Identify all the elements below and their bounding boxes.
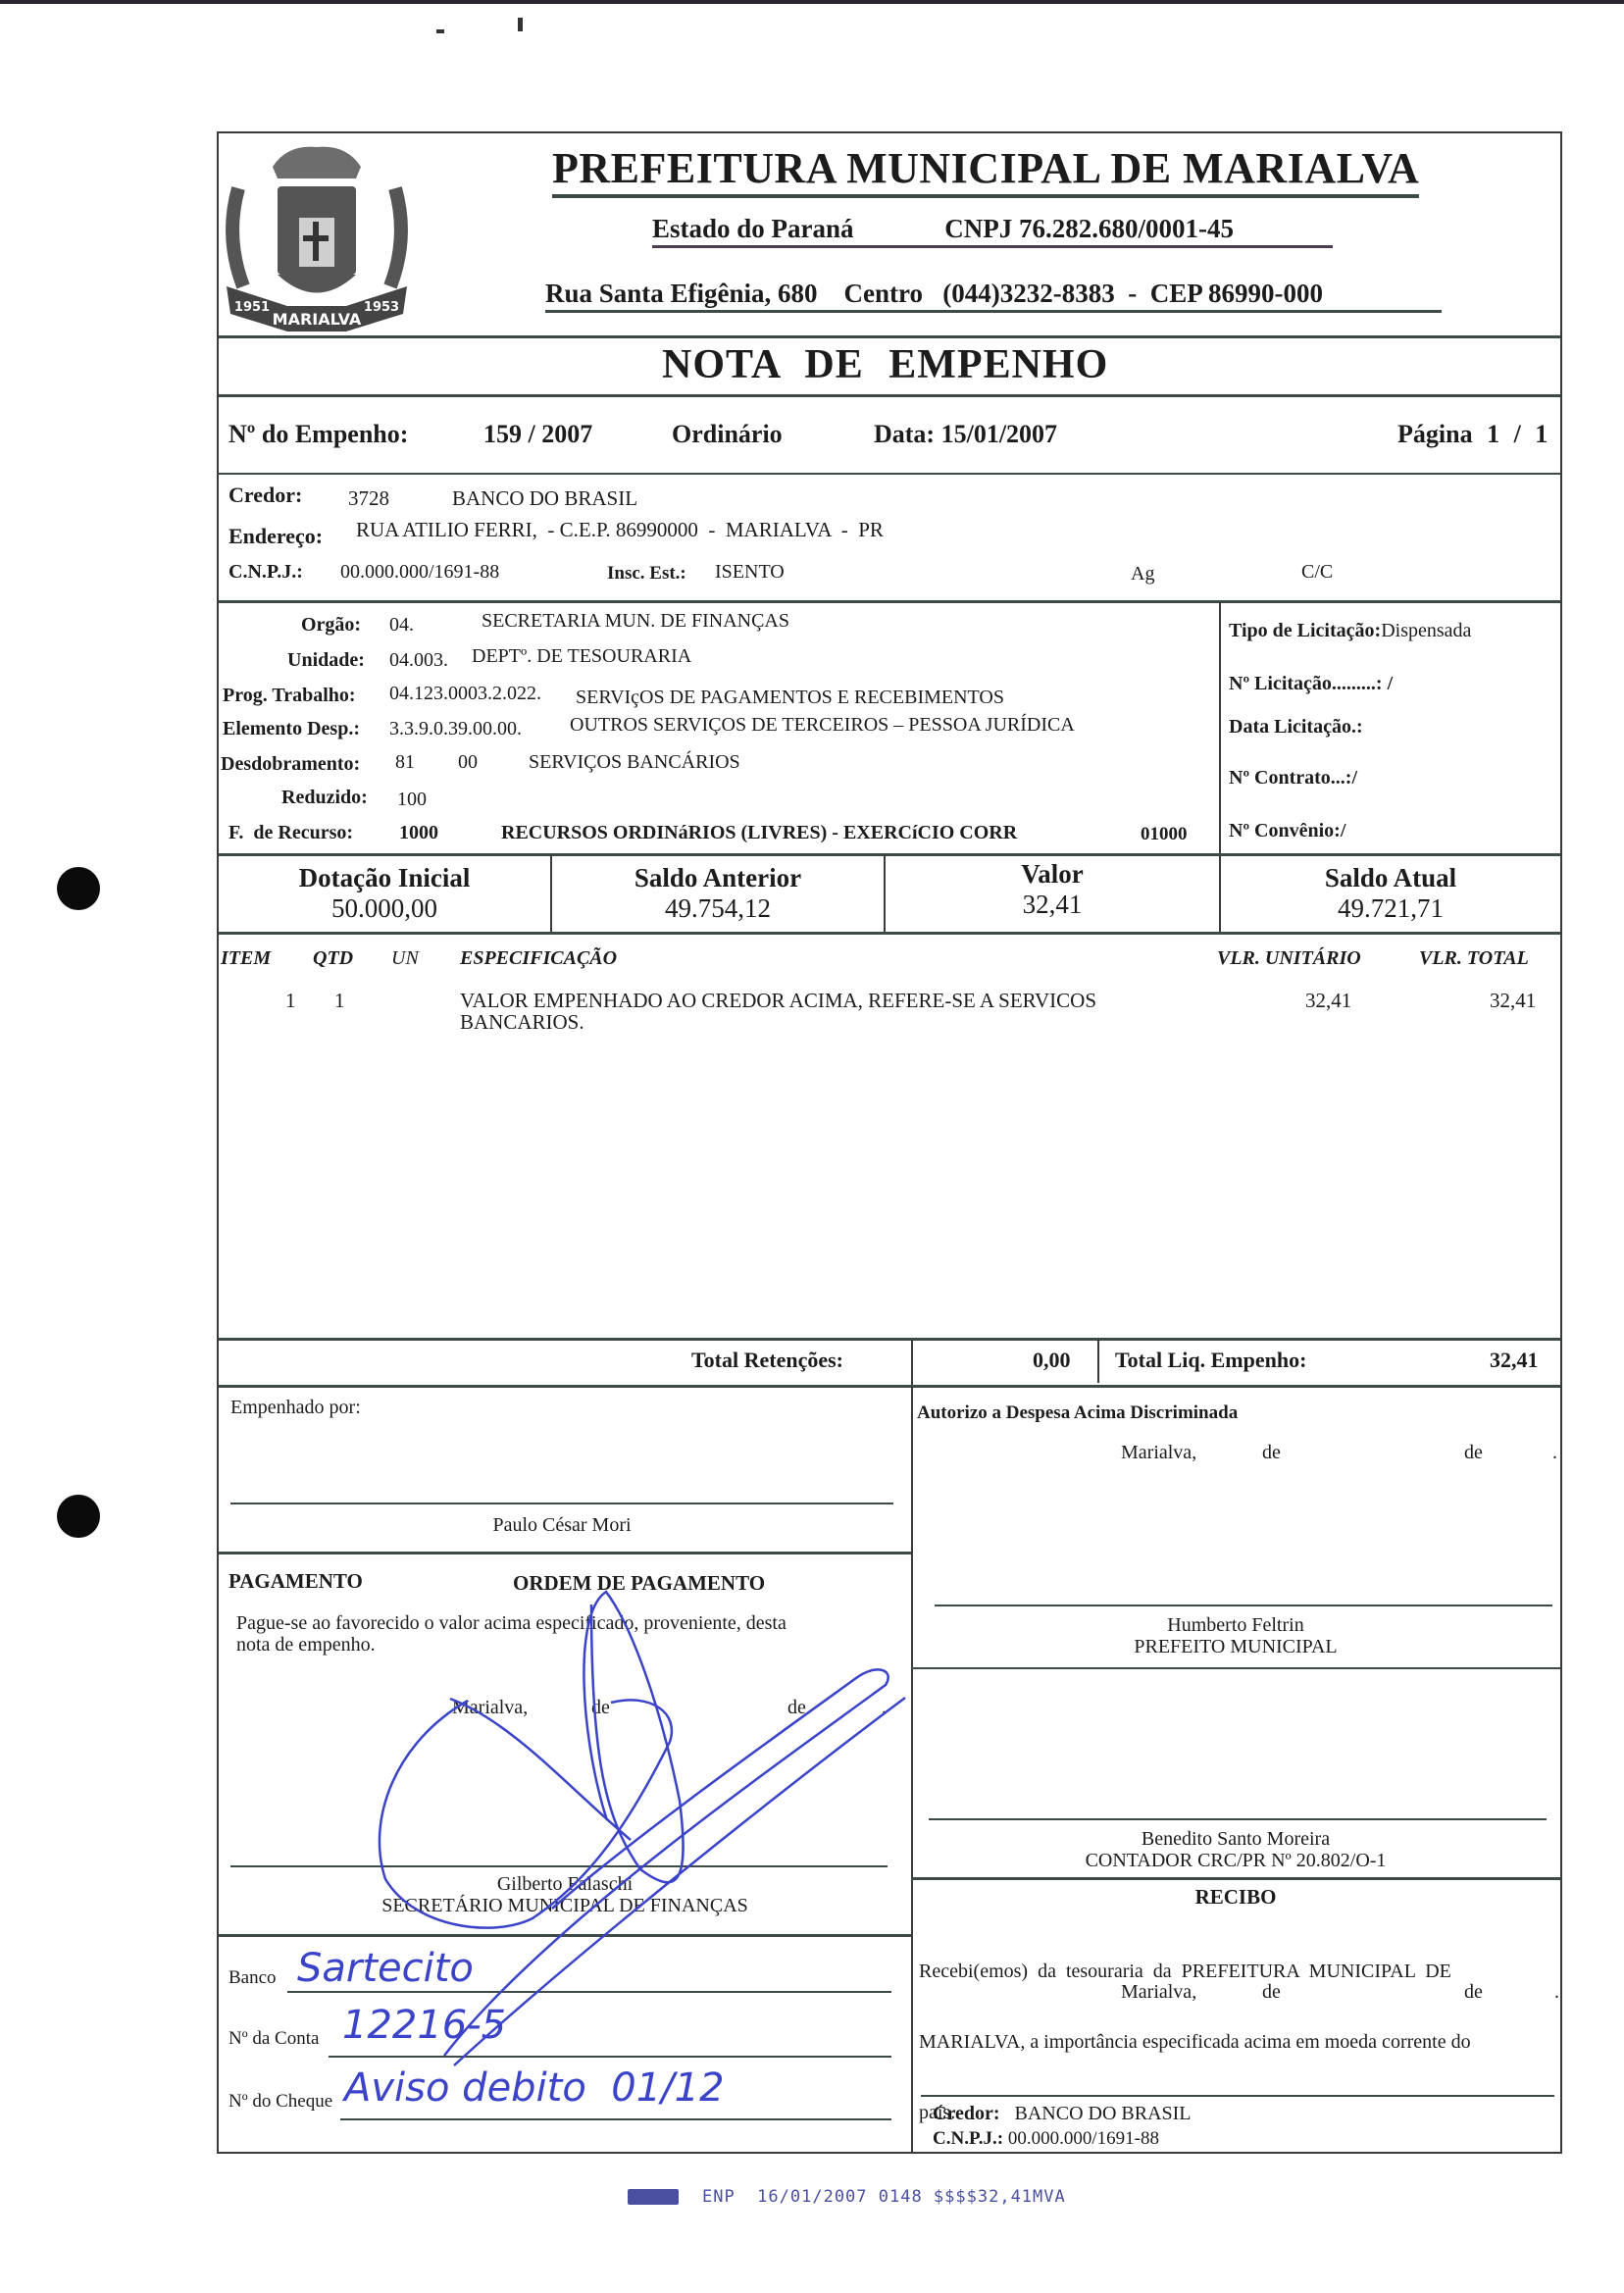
pagamento-city: Marialva,	[452, 1697, 528, 1719]
divider	[219, 473, 1560, 475]
empenho-date: Data: 15/01/2007	[874, 420, 1057, 449]
reduzido-value: 100	[397, 789, 427, 811]
fonte-recurso-desc: RECURSOS ORDINáRIOS (LIVRES) - EXERCíCIO…	[501, 822, 1017, 844]
saldo-valor: Valor 32,41	[886, 859, 1219, 920]
divider	[911, 1667, 1560, 1669]
credor-label: Credor:	[228, 483, 302, 508]
agencia-label: Ag	[1131, 563, 1154, 586]
saldo-label: Valor	[886, 859, 1219, 890]
state-name: Estado do Paraná	[652, 212, 854, 245]
column-divider	[911, 1340, 913, 1385]
unidade-label: Unidade:	[287, 649, 365, 672]
item-qtd: 1	[334, 989, 345, 1013]
svg-text:1953: 1953	[364, 300, 399, 315]
page-label: Página	[1397, 420, 1473, 448]
pagamento-dot: .	[882, 1697, 887, 1719]
total-retencoes-label: Total Retenções:	[691, 1348, 843, 1373]
contador-role: CONTADOR CRC/PR Nº 20.802/O-1	[911, 1850, 1560, 1871]
municipality-cnpj: CNPJ 76.282.680/0001-45	[944, 212, 1234, 245]
conta-corrente-label: C/C	[1301, 561, 1333, 584]
elemento-desp-label: Elemento Desp.:	[223, 718, 360, 740]
conta-field-line	[329, 2056, 891, 2058]
numero-contrato: Nº Contrato...:/	[1229, 767, 1357, 790]
unidade-desc: DEPTº. DE TESOURARIA	[472, 645, 691, 668]
recibo-cnpj-label: C.N.P.J.:	[933, 2128, 1003, 2149]
credor-code: 3728	[348, 486, 389, 511]
divider	[219, 932, 1560, 935]
column-divider	[1097, 1340, 1099, 1383]
recibo-de2: de	[1464, 1981, 1483, 2004]
total-liquido-value: 32,41	[1490, 1348, 1539, 1373]
saldo-value: 49.721,71	[1221, 893, 1560, 924]
banco-field-line	[287, 1991, 891, 1993]
data-licitacao: Data Licitação.:	[1229, 716, 1363, 739]
nota-de-empenho-form: MARIALVA 1951 1953 PREFEITURA MUNICIPAL …	[217, 131, 1562, 2154]
divider	[219, 1934, 911, 1937]
recibo-credor: Credor: BANCO DO BRASIL	[933, 2103, 1192, 2125]
item-total: 32,41	[1490, 989, 1536, 1013]
autorizo-dot: .	[1552, 1442, 1557, 1464]
col-header-spec: ESPECIFICAÇÃO	[460, 947, 617, 970]
recibo-text-line: Recebi(emos) da tesouraria da PREFEITURA…	[919, 1960, 1552, 1983]
scan-speck	[518, 18, 523, 31]
elemento-desp-desc: OUTROS SERVIÇOS DE TERCEIROS – PESSOA JU…	[570, 714, 1075, 737]
autorizo-city: Marialva,	[1121, 1442, 1196, 1464]
empenhado-por-label: Empenhado por:	[230, 1397, 361, 1419]
elemento-desp-code: 3.3.9.0.39.00.00.	[389, 718, 522, 740]
contador-signature-block: Benedito Santo Moreira CONTADOR CRC/PR N…	[911, 1828, 1560, 1871]
saldo-label: Saldo Atual	[1221, 863, 1560, 893]
tipo-licitacao: Tipo de Licitação:Dispensada	[1229, 620, 1471, 642]
desdobramento-code-a: 81	[395, 751, 415, 774]
recibo-city: Marialva,	[1121, 1981, 1196, 2004]
saldo-value: 49.754,12	[552, 893, 884, 924]
unidade-code: 04.003.	[389, 649, 448, 672]
autorizo-de2: de	[1464, 1442, 1483, 1464]
column-divider	[911, 1387, 913, 2154]
desdobramento-code-b: 00	[458, 751, 478, 774]
divider	[911, 1877, 1560, 1880]
col-header-item: ITEM	[221, 947, 271, 970]
date-value: 15/01/2007	[941, 420, 1057, 448]
bank-authentication-stamp: ENP 16/01/2007 0148 $$$$32,41MVA	[628, 2187, 1066, 2207]
col-header-un: UN	[391, 947, 419, 970]
orgao-code: 04.	[389, 614, 414, 637]
autorizo-label: Autorizo a Despesa Acima Discriminada	[917, 1402, 1238, 1424]
saldo-value: 50.000,00	[219, 893, 550, 924]
prefeito-name: Humberto Feltrin	[911, 1614, 1560, 1636]
signature-line	[935, 1605, 1552, 1606]
col-header-unit-price: VLR. UNITÁRIO	[1217, 947, 1361, 970]
fonte-recurso-code2: 01000	[1141, 824, 1188, 845]
saldo-anterior: Saldo Anterior 49.754,12	[552, 863, 884, 924]
pagamento-text: Pague-se ao favorecido o valor acima esp…	[236, 1612, 787, 1656]
empenho-number-label: Nº do Empenho:	[228, 420, 408, 449]
orgao-label: Orgão:	[301, 614, 361, 637]
page-indicator: Página 1 / 1	[1397, 420, 1548, 449]
tipo-licitacao-label: Tipo de Licitação:	[1229, 620, 1381, 641]
saldo-atual: Saldo Atual 49.721,71	[1221, 863, 1560, 924]
empenho-type: Ordinário	[672, 420, 783, 449]
cnpj-label: C.N.P.J.:	[228, 561, 303, 584]
secretario-signature-block: Gilberto Falaschi SECRETÁRIO MUNICIPAL D…	[219, 1873, 911, 1916]
desdobramento-label: Desdobramento:	[221, 753, 360, 776]
item-unit-price: 32,41	[1305, 989, 1351, 1013]
pagamento-de2: de	[787, 1697, 806, 1719]
recibo-title: RECIBO	[911, 1885, 1560, 1910]
municipality-title: PREFEITURA MUNICIPAL DE MARIALVA	[552, 143, 1419, 198]
stamp-text: ENP 16/01/2007 0148 $$$$32,41MVA	[702, 2187, 1066, 2207]
banco-field[interactable]: Sartecito	[297, 1946, 474, 1991]
insc-est-value: ISENTO	[715, 561, 785, 584]
recibo-credor-label: Credor:	[933, 2103, 1000, 2124]
recibo-dot: .	[1554, 1981, 1559, 2004]
scan-speck	[436, 29, 444, 33]
state-cnpj-line: Estado do Paraná CNPJ 76.282.680/0001-45	[652, 212, 1333, 248]
recibo-text-line: MARIALVA, a importância especificada aci…	[919, 2030, 1552, 2054]
prog-trabalho-label: Prog. Trabalho:	[223, 685, 356, 707]
divider	[219, 600, 1560, 603]
municipality-address: Rua Santa Efigênia, 680 Centro (044)3232…	[545, 277, 1442, 313]
punch-hole	[57, 1495, 100, 1538]
prog-trabalho-desc: SERVIçOS DE PAGAMENTOS E RECEBIMENTOS	[576, 687, 1004, 709]
pagamento-label: PAGAMENTO	[228, 1569, 363, 1594]
saldo-dotacao-inicial: Dotação Inicial 50.000,00	[219, 863, 550, 924]
recibo-de1: de	[1262, 1981, 1281, 2004]
pagamento-de1: de	[591, 1697, 610, 1719]
divider	[219, 335, 1560, 338]
secretario-name: Gilberto Falaschi	[219, 1873, 911, 1895]
saldo-value: 32,41	[886, 890, 1219, 920]
recibo-cnpj-value: 00.000.000/1691-88	[1008, 2128, 1159, 2149]
conta-label: Nº da Conta	[228, 2028, 319, 2050]
empenho-number: 159 / 2007	[483, 420, 592, 449]
divider	[219, 1338, 1560, 1341]
contador-name: Benedito Santo Moreira	[911, 1828, 1560, 1850]
total-retencoes-value: 0,00	[1033, 1348, 1071, 1373]
fonte-recurso-label: F. de Recurso:	[228, 822, 353, 844]
credor-address: RUA ATILIO FERRI, - C.E.P. 86990000 - MA…	[356, 518, 884, 542]
pagamento-text-line: nota de empenho.	[236, 1634, 787, 1656]
conta-field[interactable]: 12216-5	[342, 2003, 506, 2048]
col-header-qtd: QTD	[313, 947, 353, 970]
signature-line	[921, 2095, 1554, 2097]
page-value: 1 / 1	[1487, 420, 1548, 448]
signature-line	[230, 1503, 893, 1504]
credor-name: BANCO DO BRASIL	[452, 486, 637, 511]
pagamento-text-line: Pague-se ao favorecido o valor acima esp…	[236, 1612, 787, 1634]
numero-licitacao: Nº Licitação.........: /	[1229, 673, 1393, 695]
scan-edge	[0, 0, 1624, 4]
cheque-field-line	[340, 2118, 891, 2120]
divider	[219, 1385, 1560, 1388]
ordem-pagamento-title: ORDEM DE PAGAMENTO	[513, 1571, 765, 1596]
empenhado-por-name: Paulo César Mori	[230, 1514, 893, 1537]
desdobramento-desc: SERVIÇOS BANCÁRIOS	[529, 751, 740, 774]
municipal-crest-icon: MARIALVA 1951 1953	[219, 139, 415, 335]
document-title: NOTA DE EMPENHO	[662, 341, 1108, 388]
column-divider	[1219, 602, 1221, 853]
table-row: 1 1 VALOR EMPENHADO AO CREDOR ACIMA, REF…	[219, 987, 1560, 1045]
numero-convenio: Nº Convênio:/	[1229, 820, 1345, 842]
svg-text:1951: 1951	[234, 300, 270, 315]
address-label: Endereço:	[228, 524, 323, 549]
col-header-total: VLR. TOTAL	[1419, 947, 1529, 970]
recibo-cnpj: C.N.P.J.: 00.000.000/1691-88	[933, 2128, 1159, 2150]
signature-line	[230, 1865, 888, 1867]
svg-text:MARIALVA: MARIALVA	[273, 310, 362, 329]
fonte-recurso-code: 1000	[399, 822, 438, 844]
divider	[219, 394, 1560, 397]
cheque-field[interactable]: Aviso debito 01/12	[344, 2065, 725, 2111]
punch-hole	[57, 867, 100, 910]
signature-line	[929, 1818, 1547, 1820]
total-liquido-label: Total Liq. Empenho:	[1115, 1348, 1306, 1373]
date-label: Data:	[874, 420, 935, 448]
divider	[219, 853, 1560, 856]
divider	[219, 1552, 911, 1554]
saldo-label: Saldo Anterior	[552, 863, 884, 893]
prog-trabalho-code: 04.123.0003.2.022.	[389, 683, 541, 705]
recibo-credor-name: BANCO DO BRASIL	[1015, 2103, 1192, 2124]
bank-logo-icon	[628, 2189, 679, 2205]
insc-est-label: Insc. Est.:	[607, 563, 686, 585]
secretario-role: SECRETÁRIO MUNICIPAL DE FINANÇAS	[219, 1895, 911, 1916]
saldo-label: Dotação Inicial	[219, 863, 550, 893]
orgao-desc: SECRETARIA MUN. DE FINANÇAS	[482, 610, 789, 633]
cheque-label: Nº do Cheque	[228, 2091, 332, 2113]
credor-cnpj: 00.000.000/1691-88	[340, 561, 499, 584]
item-spec-line2: BANCARIOS.	[460, 1010, 584, 1035]
item-number: 1	[285, 989, 296, 1013]
prefeito-signature-block: Humberto Feltrin PREFEITO MUNICIPAL	[911, 1614, 1560, 1657]
tipo-licitacao-value: Dispensada	[1381, 620, 1471, 641]
banco-label: Banco	[228, 1967, 277, 1989]
reduzido-label: Reduzido:	[281, 787, 368, 809]
autorizo-de1: de	[1262, 1442, 1281, 1464]
prefeito-role: PREFEITO MUNICIPAL	[911, 1636, 1560, 1657]
